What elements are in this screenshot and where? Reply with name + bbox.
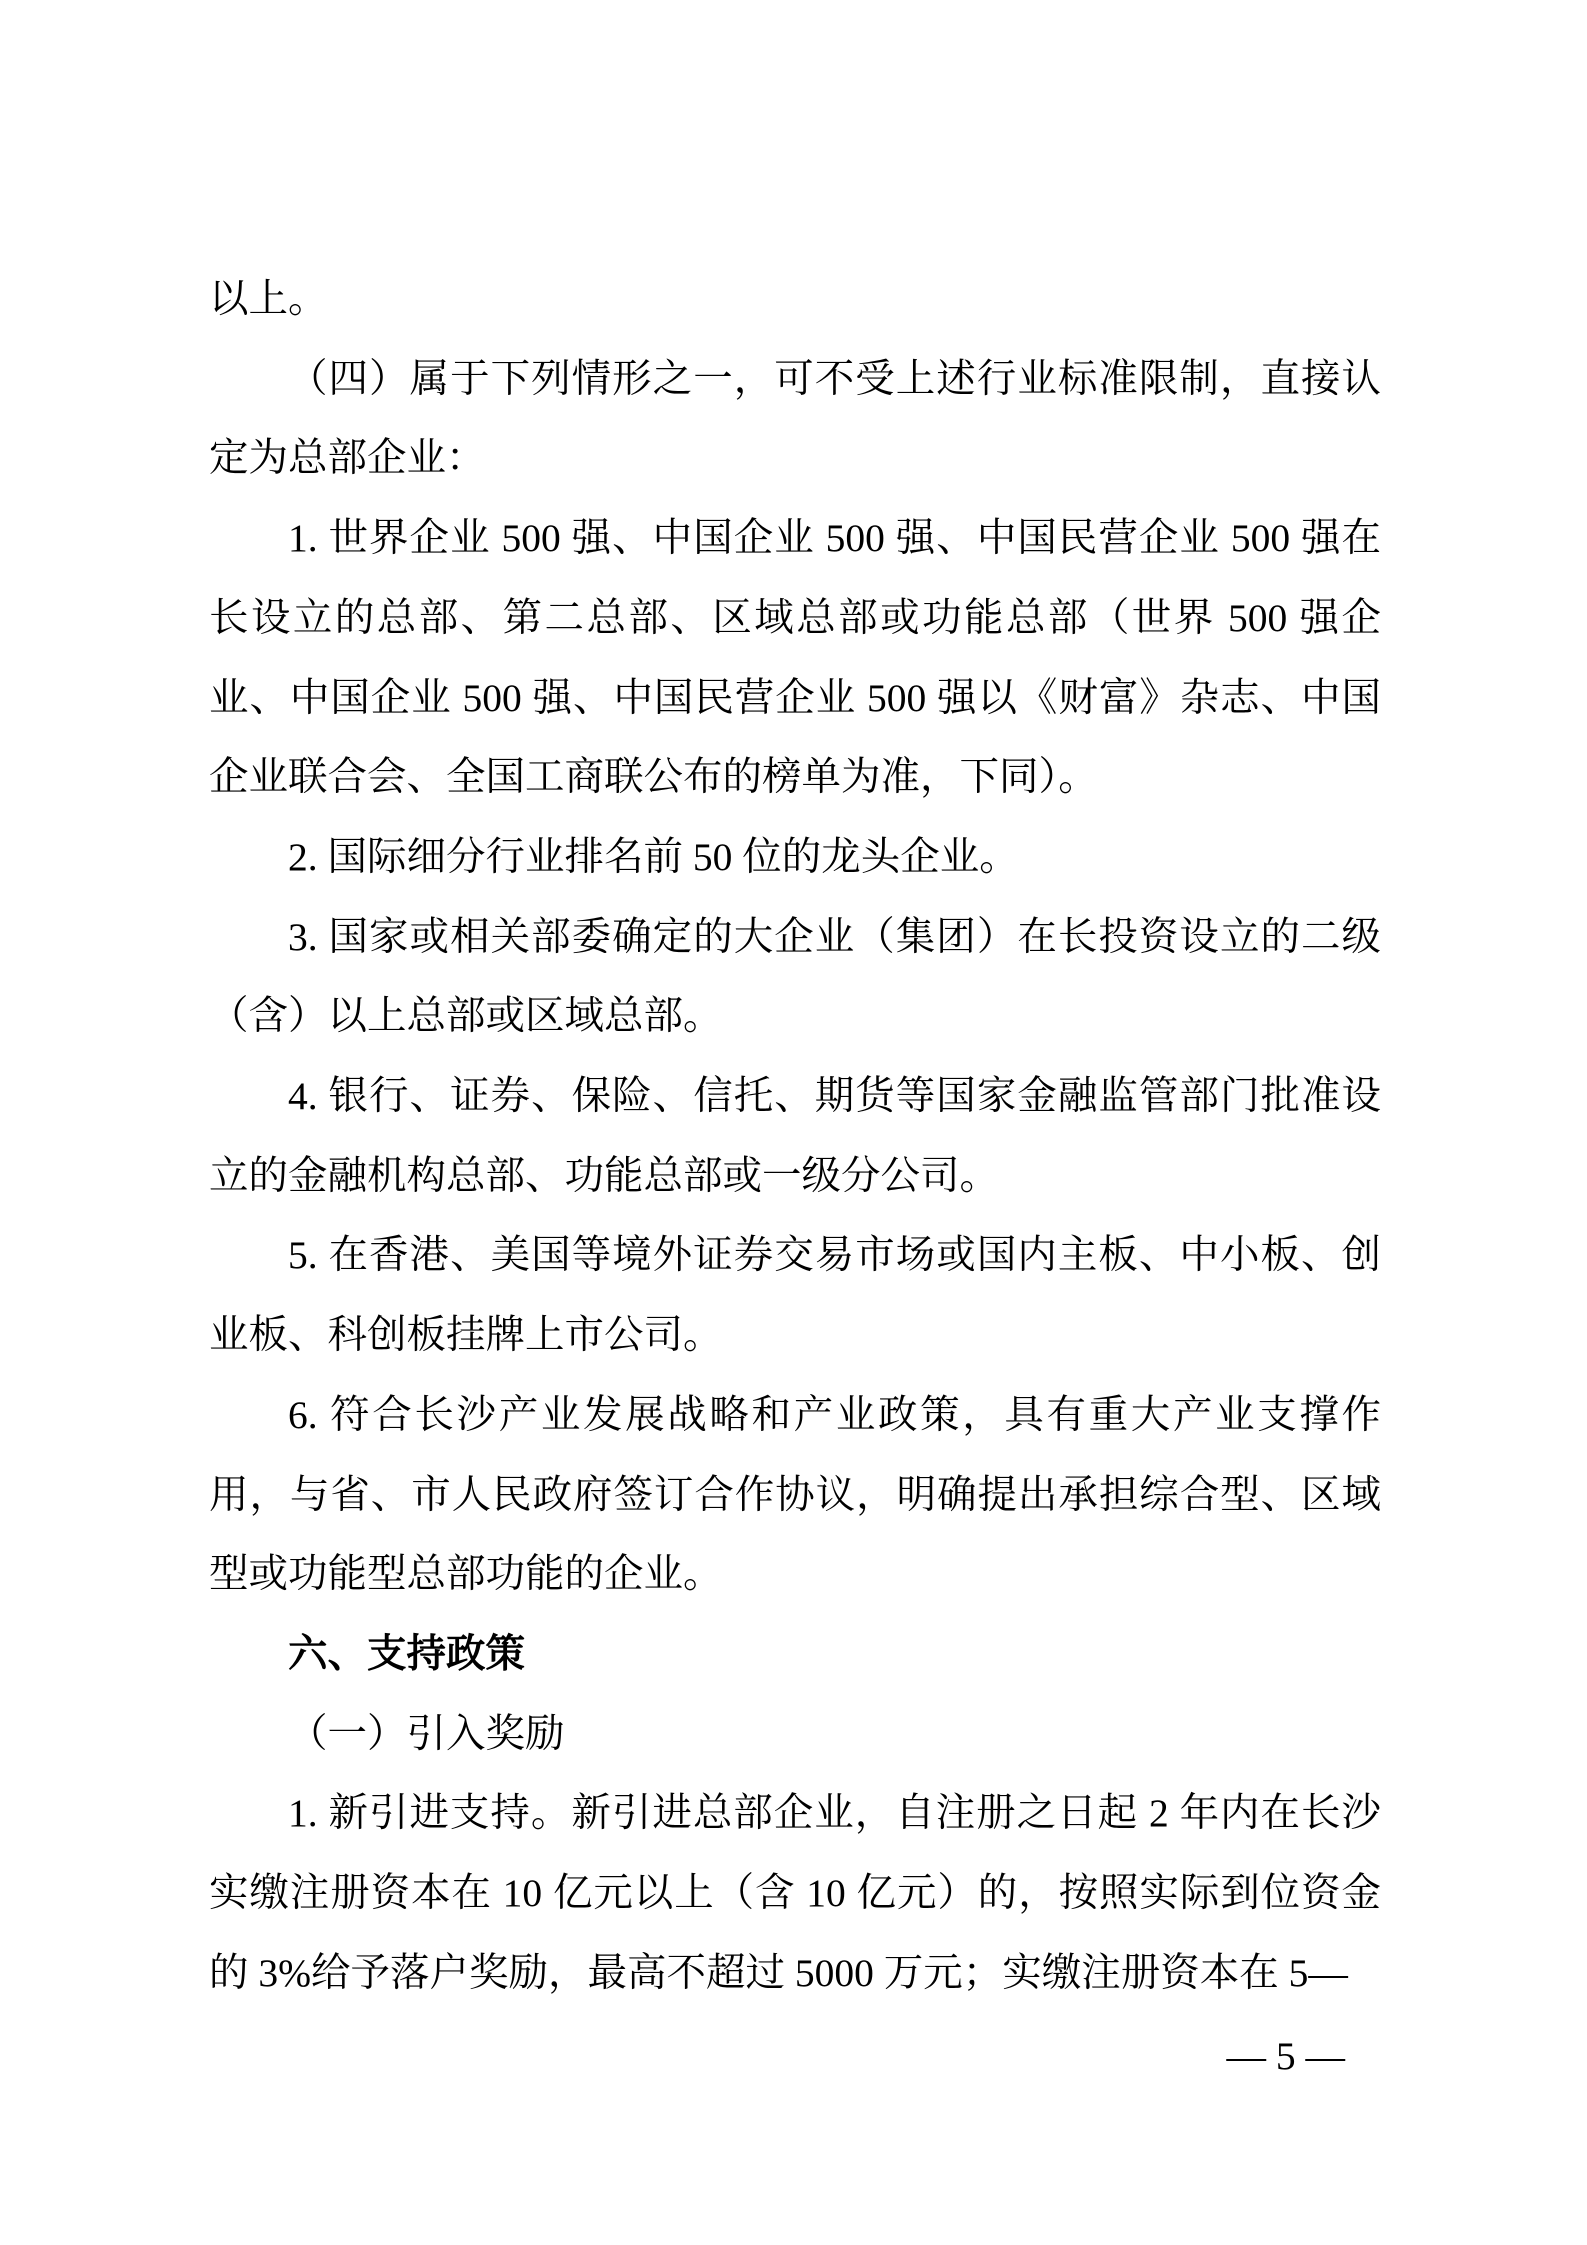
document-page: 以上。 （四）属于下列情形之一，可不受上述行业标准限制，直接认定为总部企业： 1… — [0, 0, 1587, 2245]
paragraph-continuation: 以上。 — [209, 260, 1381, 340]
list-item-4: 4. 银行、证券、保险、信托、期货等国家金融监管部门批准设立的金融机构总部、功能… — [209, 1057, 1381, 1216]
list-item-1: 1. 世界企业 500 强、中国企业 500 强、中国民营企业 500 强在长设… — [209, 499, 1381, 818]
subsection-heading: （一）引入奖励 — [209, 1695, 1381, 1775]
list-item-3: 3. 国家或相关部委确定的大企业（集团）在长投资设立的二级（含）以上总部或区域总… — [209, 898, 1381, 1057]
paragraph-clause-4: （四）属于下列情形之一，可不受上述行业标准限制，直接认定为总部企业： — [209, 340, 1381, 499]
list-item-6: 6. 符合长沙产业发展战略和产业政策，具有重大产业支撑作用，与省、市人民政府签订… — [209, 1376, 1381, 1615]
page-number: — 5 — — [1227, 2034, 1346, 2078]
section-heading: 六、支持政策 — [209, 1615, 1381, 1695]
paragraph-incentive-1: 1. 新引进支持。新引进总部企业，自注册之日起 2 年内在长沙实缴注册资本在 1… — [209, 1774, 1381, 2013]
document-body: 以上。 （四）属于下列情形之一，可不受上述行业标准限制，直接认定为总部企业： 1… — [209, 260, 1381, 2013]
list-item-2: 2. 国际细分行业排名前 50 位的龙头企业。 — [209, 818, 1381, 898]
list-item-5: 5. 在香港、美国等境外证券交易市场或国内主板、中小板、创业板、科创板挂牌上市公… — [209, 1216, 1381, 1375]
